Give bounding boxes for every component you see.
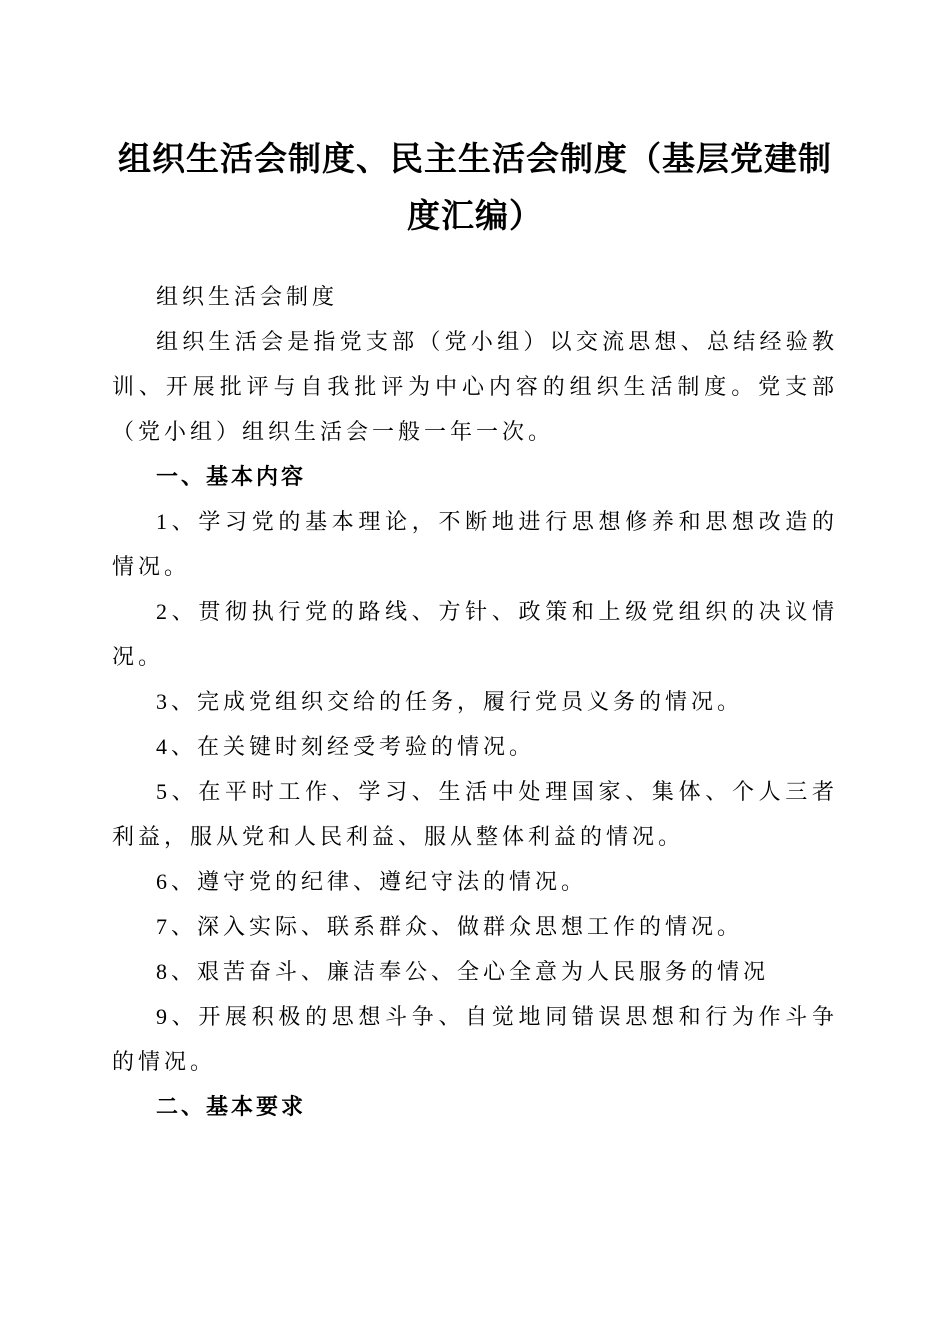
paragraph: 组织生活会是指党支部（党小组）以交流思想、总结经验教训、开展批评与自我批评为中心… <box>112 319 838 454</box>
paragraph: 7、深入实际、联系群众、做群众思想工作的情况。 <box>112 904 838 949</box>
document-title: 组织生活会制度、民主生活会制度（基层党建制度汇编） <box>112 132 838 246</box>
paragraph: 3、完成党组织交给的任务，履行党员义务的情况。 <box>112 679 838 724</box>
paragraph: 4、在关键时刻经受考验的情况。 <box>112 724 838 769</box>
section-heading: 二、基本要求 <box>112 1084 838 1129</box>
paragraph: 1、学习党的基本理论，不断地进行思想修养和思想改造的情况。 <box>112 499 838 589</box>
document-page: 组织生活会制度、民主生活会制度（基层党建制度汇编） 组织生活会制度 组织生活会是… <box>0 0 950 1344</box>
section-heading: 一、基本内容 <box>112 454 838 499</box>
paragraph: 2、贯彻执行党的路线、方针、政策和上级党组织的决议情况。 <box>112 589 838 679</box>
paragraph: 8、艰苦奋斗、廉洁奉公、全心全意为人民服务的情况 <box>112 949 838 994</box>
document-body: 组织生活会制度 组织生活会是指党支部（党小组）以交流思想、总结经验教训、开展批评… <box>112 274 838 1129</box>
paragraph: 9、开展积极的思想斗争、自觉地同错误思想和行为作斗争的情况。 <box>112 994 838 1084</box>
paragraph: 组织生活会制度 <box>112 274 838 319</box>
paragraph: 6、遵守党的纪律、遵纪守法的情况。 <box>112 859 838 904</box>
paragraph: 5、在平时工作、学习、生活中处理国家、集体、个人三者利益，服从党和人民利益、服从… <box>112 769 838 859</box>
